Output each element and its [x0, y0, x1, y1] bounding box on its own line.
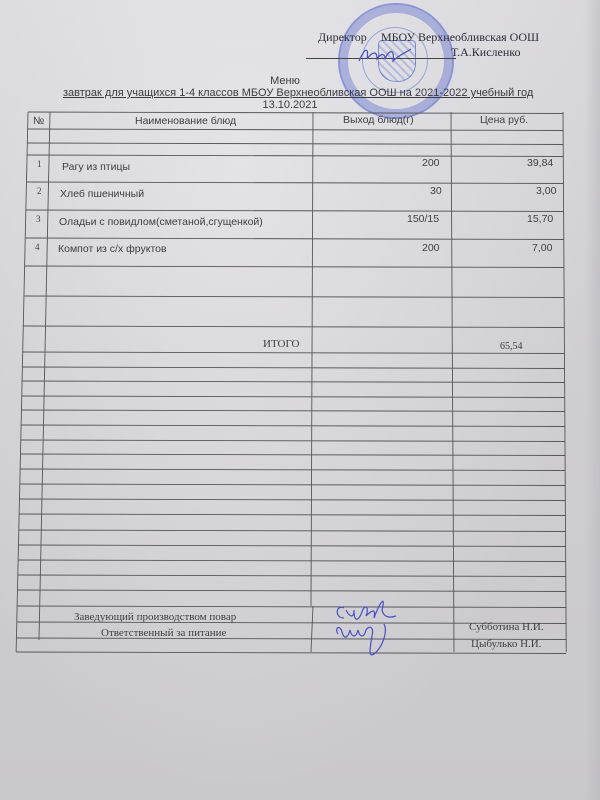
total-value: 65,54: [500, 341, 523, 352]
row-number: 2: [37, 186, 42, 196]
row-number: 4: [35, 242, 40, 252]
dish-price: 3,00: [536, 185, 556, 197]
dish-yield: 150/15: [407, 213, 439, 225]
dish-price: 15,70: [527, 213, 553, 225]
column-header-dish-name: Наименование блюд: [135, 115, 236, 127]
row-number: 1: [37, 159, 42, 169]
dish-name: Оладьи с повидлом(сметаной,сгущенкой): [59, 216, 263, 228]
dish-price: 7,00: [532, 242, 552, 254]
handwritten-signatures: [330, 588, 420, 660]
row-number: 3: [36, 214, 41, 224]
dish-name: Рагу из птицы: [62, 161, 130, 173]
dish-price: 39,84: [527, 157, 553, 169]
column-header-price: Цена руб.: [480, 114, 528, 126]
column-header-yield: Выход блюд(г): [343, 114, 414, 126]
total-label: ИТОГО: [263, 338, 300, 350]
dish-yield: 200: [422, 157, 440, 169]
dish-yield: 200: [422, 242, 440, 254]
signature-name-cook: Субботина Н.И.: [469, 621, 544, 633]
dish-name: Хлеб пшеничный: [60, 188, 144, 200]
dish-yield: 30: [430, 185, 442, 197]
column-header-number: №: [33, 115, 44, 127]
signature-name-responsible: Цыбулько Н.И.: [471, 638, 541, 650]
dish-name: Компот из с/х фруктов: [58, 243, 167, 255]
signature-role-cook: Заведующий производством повар: [74, 611, 236, 623]
signature-role-responsible: Ответственный за питание: [101, 627, 226, 639]
